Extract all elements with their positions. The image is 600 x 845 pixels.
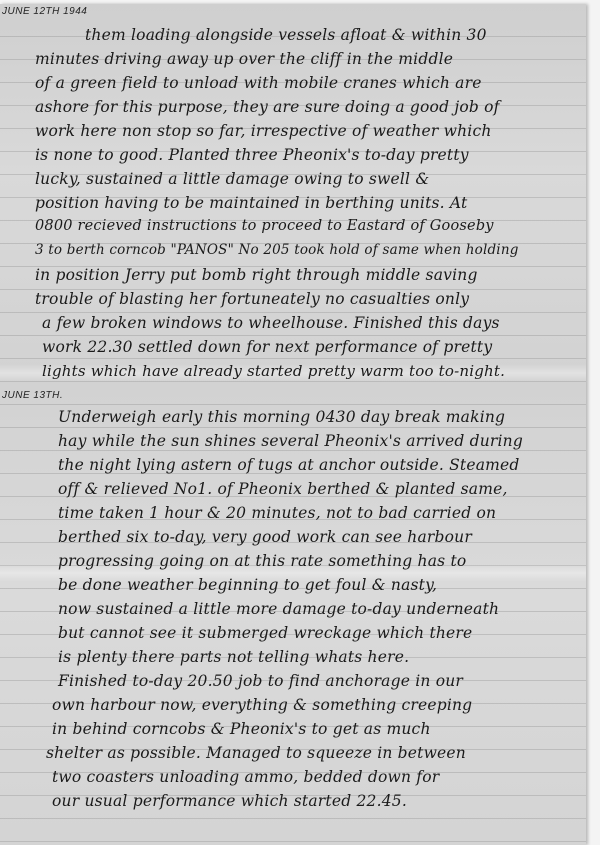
text-line: hay while the sun shines several Pheonix… <box>58 432 523 450</box>
text-line: now sustained a little more damage to-da… <box>58 600 499 618</box>
text-line: but cannot see it submerged wreckage whi… <box>58 624 472 642</box>
text-line: Finished to-day 20.50 job to find anchor… <box>58 672 463 690</box>
text-line: of a green field to unload with mobile c… <box>35 74 482 92</box>
text-line: trouble of blasting her fortuneately no … <box>35 290 469 308</box>
text-line: work 22.30 settled down for next perform… <box>42 338 492 356</box>
text-line: in behind corncobs & Pheonix's to get as… <box>52 720 431 738</box>
text-line: the night lying astern of tugs at anchor… <box>58 456 520 474</box>
text-line: lights which have already started pretty… <box>42 362 505 380</box>
text-line: 0800 recieved instructions to proceed to… <box>35 218 494 234</box>
text-line: off & relieved No1. of Pheonix berthed &… <box>58 480 508 498</box>
text-line: progressing going on at this rate someth… <box>58 552 466 570</box>
text-line: our usual performance which started 22.4… <box>52 792 407 810</box>
text-line: be done weather beginning to get foul & … <box>58 576 437 594</box>
text-line: work here non stop so far, irrespective … <box>35 122 492 140</box>
text-line: shelter as possible. Managed to squeeze … <box>46 744 466 762</box>
entry-date: JUNE 13TH. <box>2 390 63 401</box>
text-line: is none to good. Planted three Pheonix's… <box>35 146 469 164</box>
entry-date: JUNE 12th 1944 <box>2 6 87 17</box>
text-line: minutes driving away up over the cliff i… <box>35 50 453 68</box>
text-line: Underweigh early this morning 0430 day b… <box>58 408 505 426</box>
text-line: them loading alongside vessels afloat & … <box>85 26 487 44</box>
text-line: own harbour now, everything & something … <box>52 696 472 714</box>
text-line: time taken 1 hour & 20 minutes, not to b… <box>58 504 496 522</box>
text-line: two coasters unloading ammo, bedded down… <box>52 768 439 786</box>
text-line: 3 to berth corncob "PANOS" No 205 took h… <box>35 242 519 258</box>
letter-page: JUNE 12th 1944 them loading alongside ve… <box>0 4 586 845</box>
text-line: position having to be maintained in bert… <box>35 194 467 212</box>
text-line: lucky, sustained a little damage owing t… <box>35 170 429 188</box>
text-line: is plenty there parts not telling whats … <box>58 648 409 666</box>
text-line: ashore for this purpose, they are sure d… <box>35 98 500 116</box>
text-line: in position Jerry put bomb right through… <box>35 266 478 284</box>
text-line: a few broken windows to wheelhouse. Fini… <box>42 314 500 332</box>
text-line: berthed six to-day, very good work can s… <box>58 528 472 546</box>
